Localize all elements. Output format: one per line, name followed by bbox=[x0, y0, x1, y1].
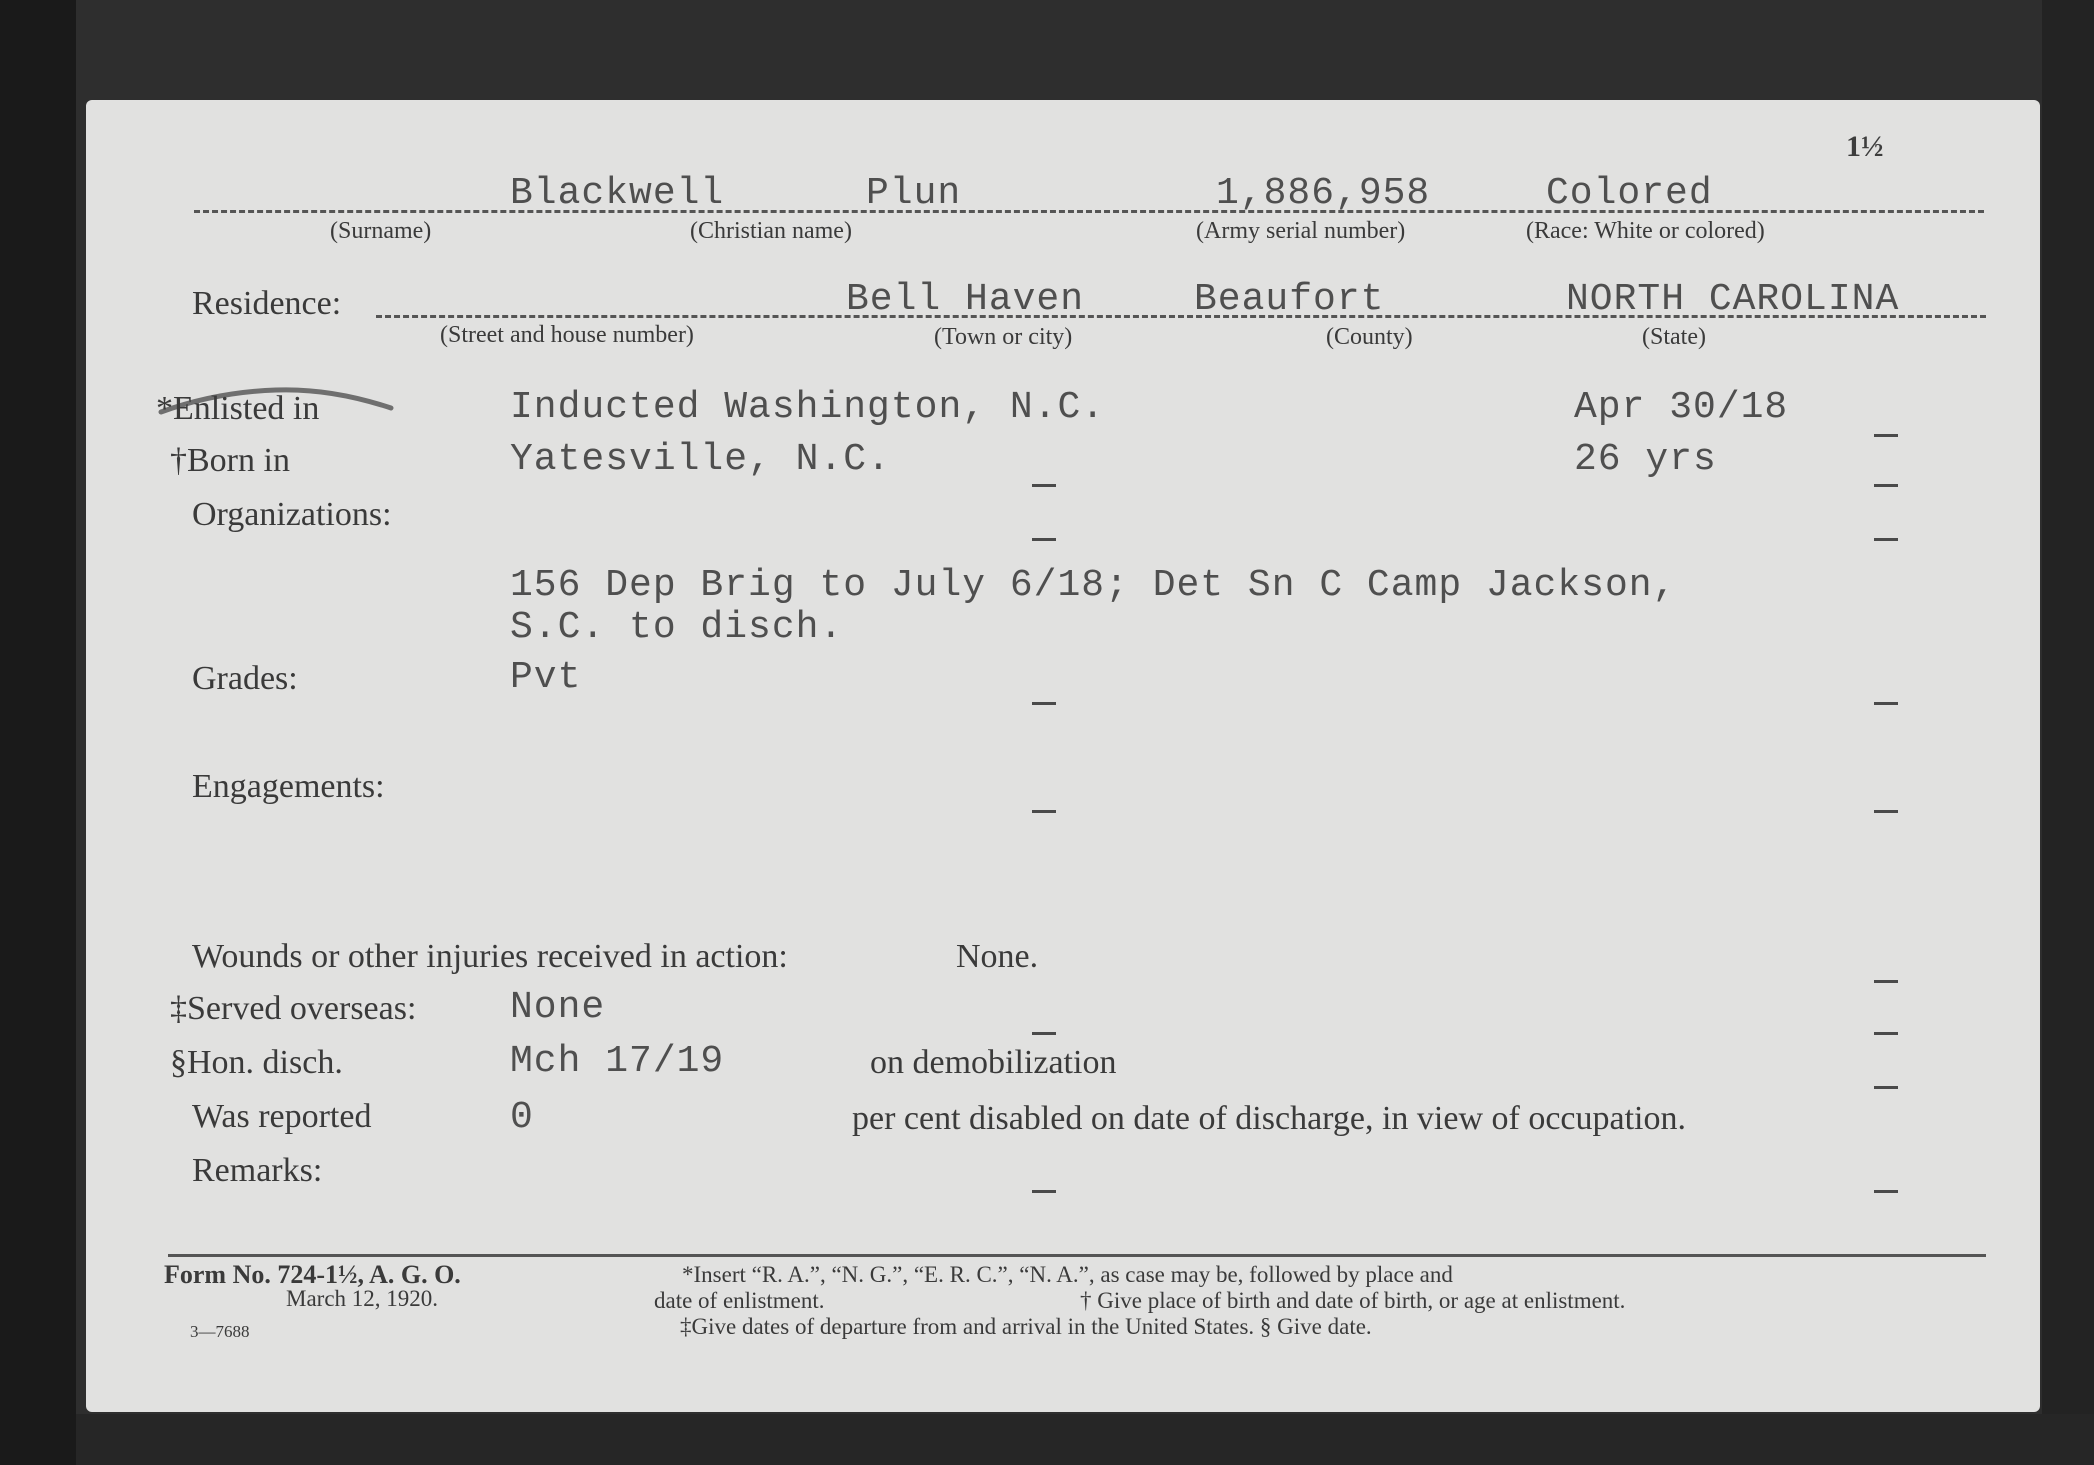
scan-left-edge bbox=[0, 0, 76, 1465]
scan-right-edge bbox=[2042, 0, 2094, 1465]
blank-dash bbox=[1032, 538, 1056, 541]
residence-county-value: Beaufort bbox=[1194, 278, 1384, 321]
christian-name-caption: (Christian name) bbox=[690, 218, 852, 245]
hon-disch-note: on demobilization bbox=[870, 1044, 1116, 1082]
blank-dash bbox=[1032, 1190, 1056, 1193]
christian-name-value: Plun bbox=[866, 172, 961, 215]
overseas-value: None bbox=[510, 986, 605, 1029]
serial-number-value: 1,886,958 bbox=[1216, 172, 1430, 215]
blank-dash bbox=[1032, 702, 1056, 705]
footer-rule bbox=[168, 1254, 1986, 1257]
hon-disch-value: Mch 17/19 bbox=[510, 1040, 724, 1083]
race-caption: (Race: White or colored) bbox=[1526, 218, 1765, 245]
reported-label: Was reported bbox=[192, 1098, 371, 1136]
blank-dash bbox=[1874, 810, 1898, 813]
footnote-overseas-dates: ‡Give dates of departure from and arriva… bbox=[680, 1314, 1372, 1340]
surname-caption: (Surname) bbox=[330, 218, 431, 245]
surname-value: Blackwell bbox=[510, 172, 724, 215]
footnote-birth: † Give place of birth and date of birth,… bbox=[1080, 1288, 1625, 1314]
organizations-line-2: S.C. to disch. bbox=[510, 606, 843, 649]
corner-mark: 1½ bbox=[1846, 130, 1884, 164]
footnote-enlistment-date: date of enlistment. bbox=[654, 1288, 825, 1314]
residence-state-value: NORTH CAROLINA bbox=[1566, 278, 1899, 321]
county-caption: (County) bbox=[1326, 324, 1413, 351]
blank-dash bbox=[1874, 1086, 1898, 1089]
enlisted-label: *Enlisted in bbox=[156, 390, 319, 428]
reported-value: 0 bbox=[510, 1096, 534, 1139]
organizations-label: Organizations: bbox=[192, 496, 392, 534]
blank-dash bbox=[1032, 810, 1056, 813]
engagements-label: Engagements: bbox=[192, 768, 385, 806]
blank-dash bbox=[1874, 434, 1898, 437]
born-value: Yatesville, N.C. bbox=[510, 438, 891, 481]
blank-dash bbox=[1874, 1190, 1898, 1193]
reported-note: per cent disabled on date of discharge, … bbox=[852, 1100, 1686, 1138]
blank-dash bbox=[1032, 484, 1056, 487]
blank-dash bbox=[1874, 1032, 1898, 1035]
enlisted-date-value: Apr 30/18 bbox=[1574, 386, 1788, 429]
wounds-label: Wounds or other injuries received in act… bbox=[192, 938, 788, 976]
race-value: Colored bbox=[1546, 172, 1713, 215]
service-record-card: 1½ Blackwell Plun 1,886,958 Colored (Sur… bbox=[86, 100, 2040, 1412]
state-caption: (State) bbox=[1642, 324, 1706, 351]
hon-disch-label: §Hon. disch. bbox=[170, 1044, 343, 1082]
street-caption: (Street and house number) bbox=[440, 322, 694, 349]
blank-dash bbox=[1874, 538, 1898, 541]
grades-value: Pvt bbox=[510, 656, 581, 699]
overseas-label: ‡Served overseas: bbox=[170, 990, 416, 1028]
form-date: March 12, 1920. bbox=[286, 1286, 438, 1312]
blank-dash bbox=[1032, 1032, 1056, 1035]
enlisted-value: Inducted Washington, N.C. bbox=[510, 386, 1105, 429]
residence-label: Residence: bbox=[192, 285, 341, 323]
scan-bottom-edge bbox=[76, 1414, 2094, 1465]
blank-dash bbox=[1874, 980, 1898, 983]
grades-label: Grades: bbox=[192, 660, 298, 698]
born-age-value: 26 yrs bbox=[1574, 438, 1717, 481]
name-row-line bbox=[194, 210, 1984, 213]
residence-town-value: Bell Haven bbox=[846, 278, 1084, 321]
footnote-insert: *Insert “R. A.”, “N. G.”, “E. R. C.”, “N… bbox=[682, 1262, 1453, 1288]
town-caption: (Town or city) bbox=[934, 324, 1072, 351]
blank-dash bbox=[1874, 702, 1898, 705]
blank-dash bbox=[1874, 484, 1898, 487]
born-label: †Born in bbox=[170, 442, 290, 480]
wounds-value: None. bbox=[956, 938, 1038, 976]
print-code: 3—7688 bbox=[190, 1322, 250, 1342]
serial-number-caption: (Army serial number) bbox=[1196, 218, 1405, 245]
remarks-label: Remarks: bbox=[192, 1152, 322, 1190]
organizations-line-1: 156 Dep Brig to July 6/18; Det Sn C Camp… bbox=[510, 564, 1676, 607]
